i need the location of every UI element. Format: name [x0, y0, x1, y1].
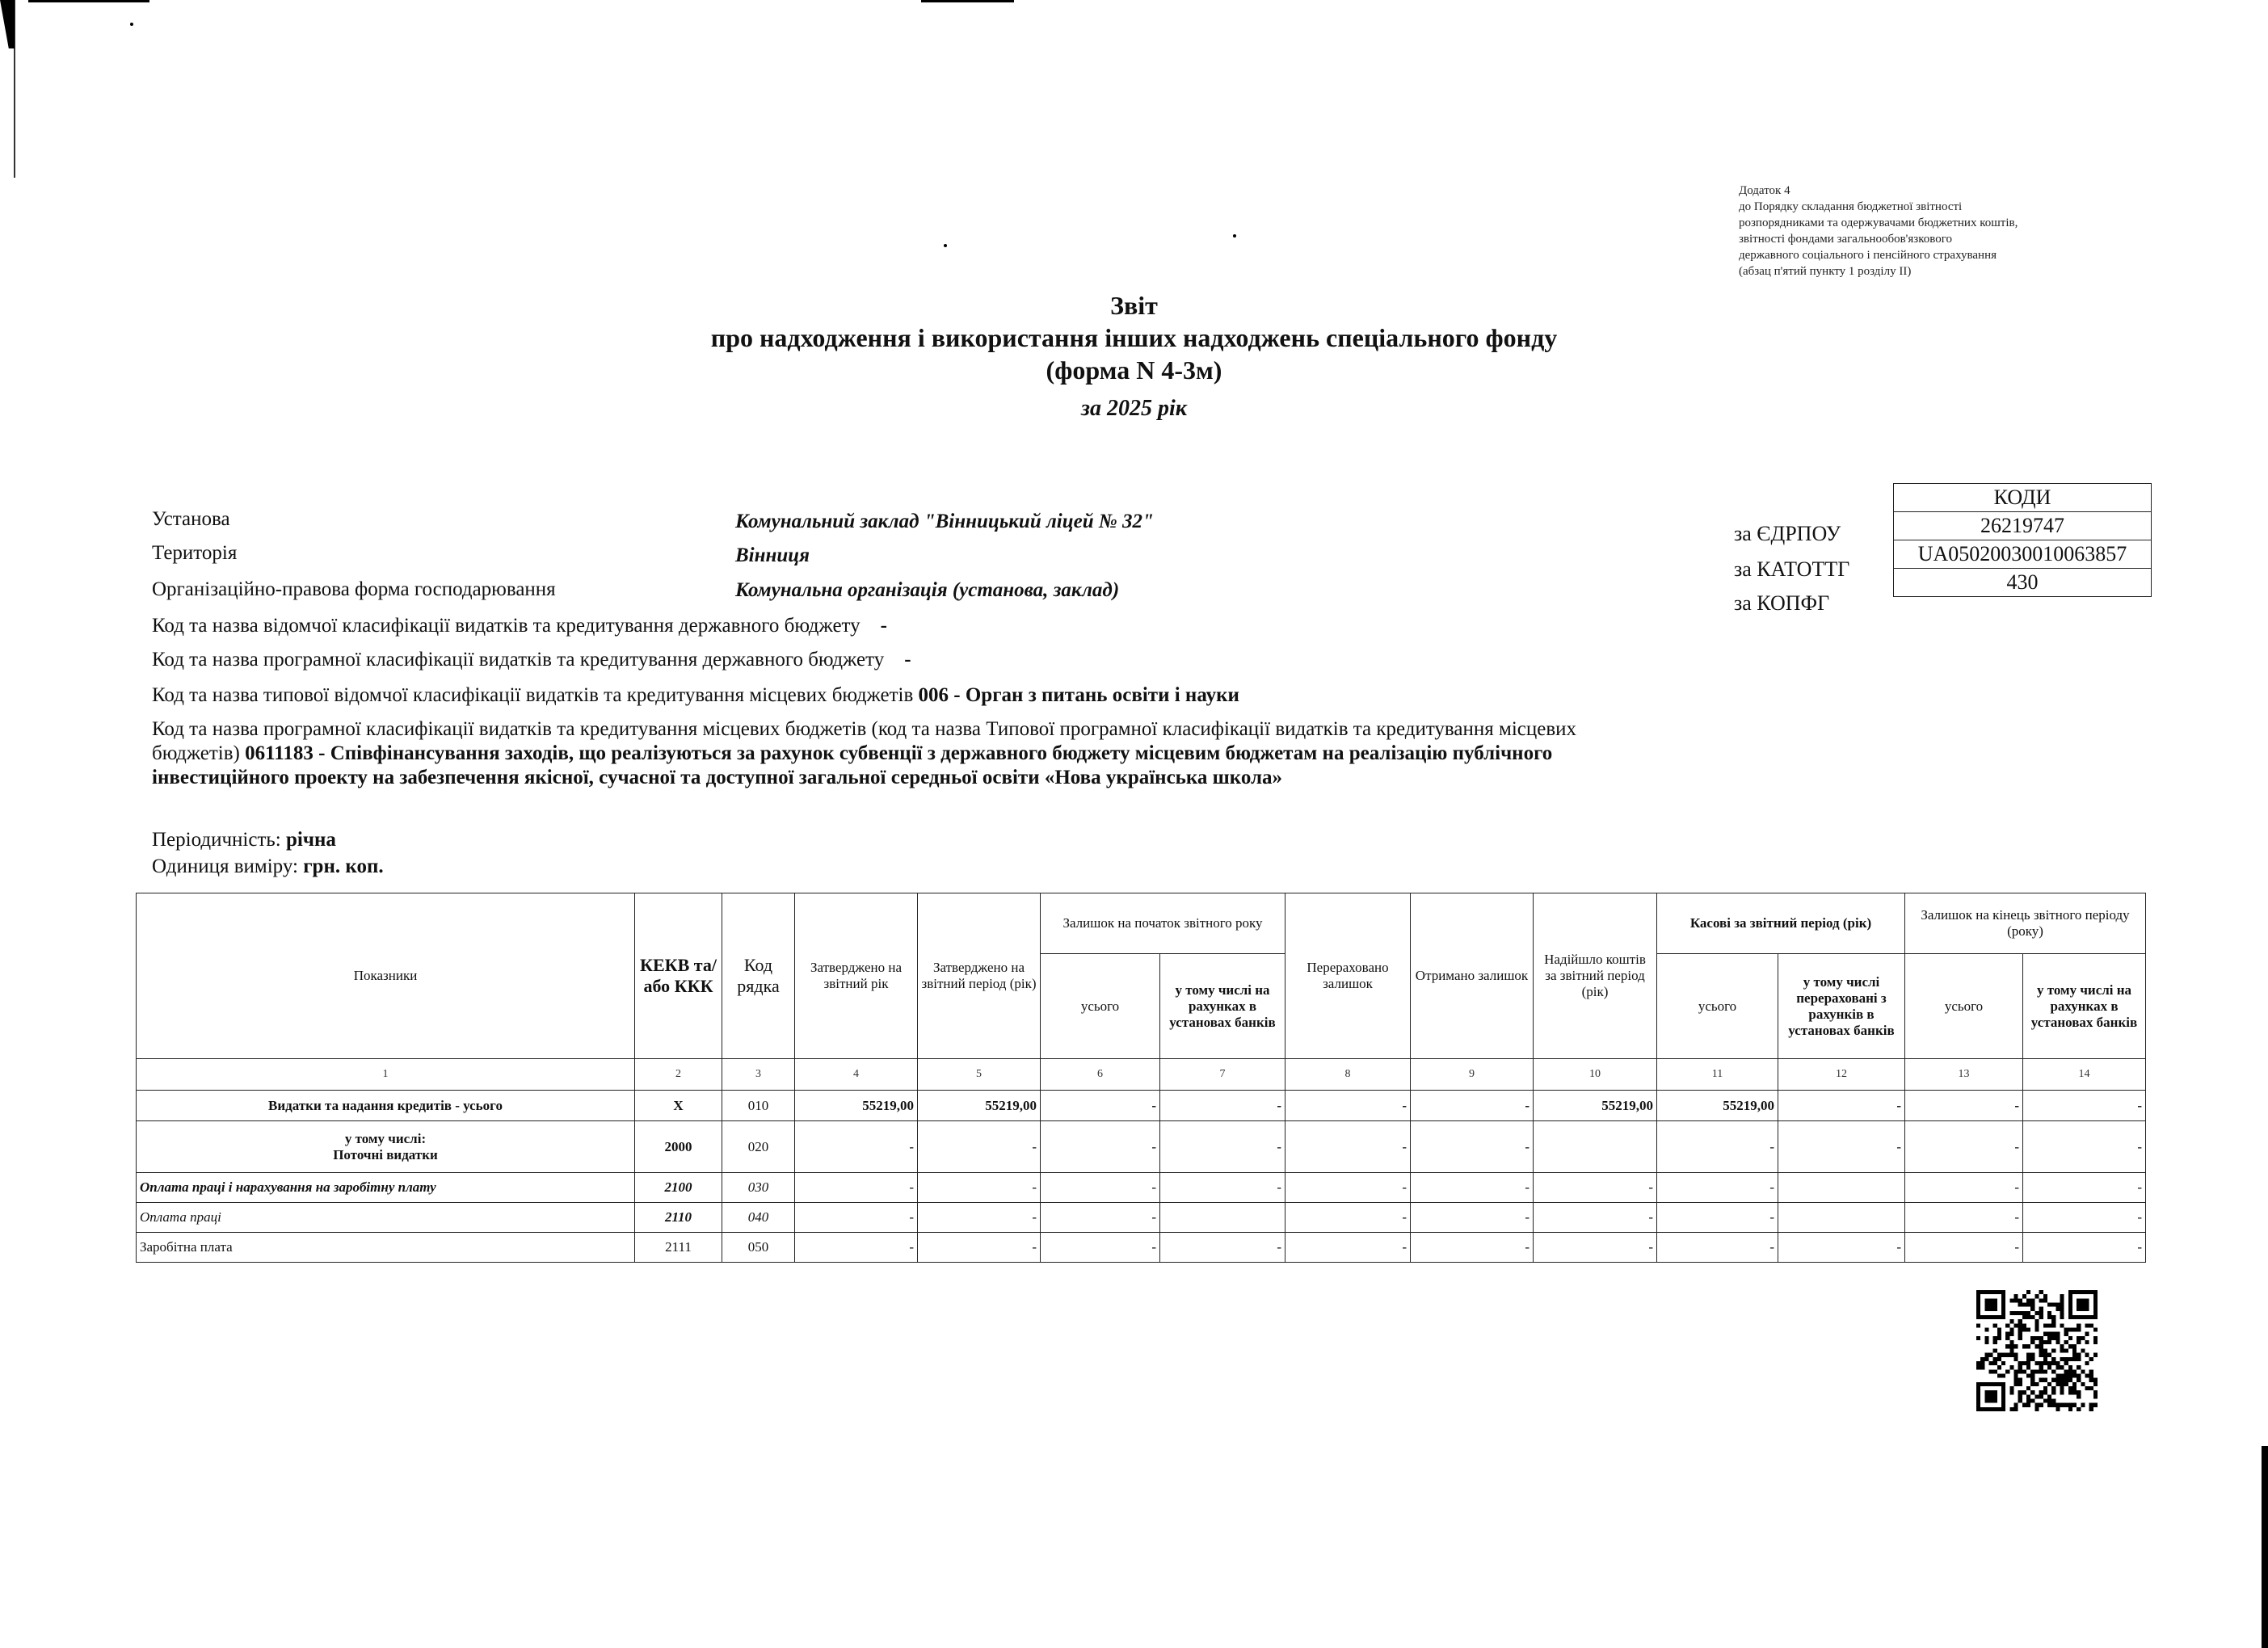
prog-class-state-value: -: [904, 649, 911, 671]
row-value: -: [1534, 1173, 1657, 1203]
row-value: [1160, 1203, 1285, 1233]
row-kekv: 2110: [635, 1203, 722, 1233]
title-line: Звіт: [0, 289, 2268, 322]
annex-line: державного соціального і пенсійного стра…: [1739, 247, 2018, 263]
column-number: 5: [918, 1059, 1041, 1091]
periodicity-label: Періодичність:: [152, 829, 281, 851]
row-value: -: [1285, 1121, 1411, 1173]
code-value-kopfg: 430: [1894, 569, 2152, 597]
table-row: Видатки та надання кредитів - усьогоX010…: [137, 1091, 2146, 1121]
codes-table: КОДИ 26219747 UA05020030010063857 430: [1893, 483, 2152, 597]
column-number: 14: [2023, 1059, 2146, 1091]
row-value: -: [1905, 1121, 2023, 1173]
row-value: -: [1411, 1173, 1534, 1203]
row-label: Заробітна плата: [137, 1233, 635, 1263]
header-start-banks: у тому числі на рахунках в установах бан…: [1160, 954, 1285, 1059]
row-label: Оплата праці і нарахування на заробітну …: [137, 1173, 635, 1203]
title-line: (форма N 4-3м): [0, 354, 2268, 386]
row-value: -: [1041, 1091, 1160, 1121]
code-label-katottg: за КАТОТТГ: [1734, 557, 1849, 582]
row-value: [1778, 1173, 1905, 1203]
row-value: -: [1411, 1203, 1534, 1233]
row-value: -: [1160, 1233, 1285, 1263]
periodicity: Періодичність: річна: [152, 828, 336, 852]
row-label: у тому числі:Поточні видатки: [137, 1121, 635, 1173]
typical-dept-class-label: Код та назва типової відомчої класифікац…: [152, 684, 913, 706]
row-value: -: [1657, 1173, 1778, 1203]
row-label-text: Поточні видатки: [140, 1147, 631, 1163]
scan-speck: [1233, 234, 1236, 238]
territory-value: Вінниця: [735, 544, 810, 567]
row-value: -: [795, 1233, 918, 1263]
column-number: 6: [1041, 1059, 1160, 1091]
column-number: 8: [1285, 1059, 1411, 1091]
dept-class-state-label: Код та назва відомчої класифікації видат…: [152, 615, 860, 637]
column-number: 1: [137, 1059, 635, 1091]
row-value: -: [1905, 1233, 2023, 1263]
row-kekv: 2000: [635, 1121, 722, 1173]
row-value: -: [795, 1173, 918, 1203]
dept-class-state-value: -: [881, 615, 887, 637]
annex-line: звітності фондами загальнообов'язкового: [1739, 231, 2018, 247]
row-value: -: [1778, 1091, 1905, 1121]
institution-label: Установа: [152, 507, 230, 532]
header-indicators: Показники: [137, 893, 635, 1059]
prog-class-local: Код та назва програмної класифікації вид…: [152, 717, 1655, 790]
org-form-value: Комунальна організація (установа, заклад…: [735, 579, 1119, 602]
annex-line: (абзац п'ятий пункту 1 розділу II): [1739, 263, 2018, 280]
row-code: 020: [722, 1121, 795, 1173]
row-value: -: [1778, 1233, 1905, 1263]
row-value: 55219,00: [1657, 1091, 1778, 1121]
code-label-kopfg: за КОПФГ: [1734, 591, 1829, 616]
header-income: Надійшло коштів за звітний період (рік): [1534, 893, 1657, 1059]
annex-line: до Порядку складання бюджетної звітності: [1739, 199, 2018, 215]
row-code: 040: [722, 1203, 795, 1233]
annex-line: Додаток 4: [1739, 183, 2018, 199]
periodicity-value: річна: [286, 829, 336, 851]
header-received: Отримано залишок: [1411, 893, 1534, 1059]
header-transferred: Перераховано залишок: [1285, 893, 1411, 1059]
row-value: -: [1160, 1091, 1285, 1121]
row-value: 55219,00: [795, 1091, 918, 1121]
row-value: -: [795, 1203, 918, 1233]
row-value: 55219,00: [1534, 1091, 1657, 1121]
codes-header: КОДИ: [1894, 484, 2152, 512]
header-cash-total: усього: [1657, 954, 1778, 1059]
annex-line: розпорядниками та одержувачами бюджетних…: [1739, 215, 2018, 231]
row-value: -: [1285, 1203, 1411, 1233]
row-value: -: [1041, 1233, 1160, 1263]
row-value: -: [2023, 1121, 2146, 1173]
row-label: Видатки та надання кредитів - усього: [137, 1091, 635, 1121]
table-row: Оплата праці2110040---------: [137, 1203, 2146, 1233]
scan-artifact: [14, 0, 15, 178]
org-form-label: Організаційно-правова форма господарюван…: [152, 578, 556, 602]
column-number: 7: [1160, 1059, 1285, 1091]
scan-artifact: [921, 0, 1014, 2]
scan-artifact: [0, 0, 15, 48]
header-end-banks: у тому числі на рахунках в установах бан…: [2023, 954, 2146, 1059]
scan-speck: [944, 244, 947, 247]
row-value: -: [1534, 1233, 1657, 1263]
row-value: -: [1411, 1233, 1534, 1263]
row-value: -: [795, 1121, 918, 1173]
column-numbers-row: 1234567891011121314: [137, 1059, 2146, 1091]
row-value: -: [918, 1173, 1041, 1203]
typical-dept-class-local: Код та назва типової відомчої класифікац…: [152, 683, 1239, 708]
row-value: -: [918, 1121, 1041, 1173]
row-label: Оплата праці: [137, 1203, 635, 1233]
qr-code-icon: [1976, 1290, 2098, 1411]
row-value: -: [1285, 1091, 1411, 1121]
row-value: [1534, 1121, 1657, 1173]
header-end-balance: Залишок на кінець звітного періоду (року…: [1905, 893, 2146, 954]
row-kekv: 2100: [635, 1173, 722, 1203]
row-value: -: [918, 1203, 1041, 1233]
report-table: Показники КЕКВ та/або ККК Код рядка Затв…: [136, 893, 2146, 1263]
prog-class-state-label: Код та назва програмної класифікації вид…: [152, 649, 884, 671]
row-value: -: [1160, 1121, 1285, 1173]
column-number: 4: [795, 1059, 918, 1091]
row-value: -: [2023, 1203, 2146, 1233]
column-number: 12: [1778, 1059, 1905, 1091]
row-value: -: [2023, 1173, 2146, 1203]
row-value: -: [1041, 1203, 1160, 1233]
prog-class-local-value: 0611183 - Співфінансування заходів, що р…: [152, 742, 1552, 788]
row-code: 050: [722, 1233, 795, 1263]
header-approved-year: Затверджено на звітний рік: [795, 893, 918, 1059]
unit: Одиниця виміру: грн. коп.: [152, 855, 384, 879]
column-number: 3: [722, 1059, 795, 1091]
row-value: -: [2023, 1091, 2146, 1121]
row-value: -: [1905, 1173, 2023, 1203]
unit-value: грн. коп.: [303, 856, 383, 877]
annex-note: Додаток 4 до Порядку складання бюджетної…: [1739, 183, 2018, 280]
header-cash: Касові за звітний період (рік): [1657, 893, 1905, 954]
report-title: Звіт про надходження і використання інши…: [0, 289, 2268, 425]
code-label-edrpou: за ЄДРПОУ: [1734, 522, 1841, 546]
row-value: -: [1411, 1121, 1534, 1173]
column-number: 13: [1905, 1059, 2023, 1091]
typical-dept-class-value: 006 - Орган з питань освіти і науки: [919, 684, 1239, 706]
row-value: 55219,00: [918, 1091, 1041, 1121]
header-start-total: усього: [1041, 954, 1160, 1059]
header-approved-period: Затверджено на звітний період (рік): [918, 893, 1041, 1059]
column-number: 2: [635, 1059, 722, 1091]
row-value: -: [1657, 1121, 1778, 1173]
row-value: -: [1905, 1091, 2023, 1121]
code-value-edrpou: 26219747: [1894, 512, 2152, 540]
row-value: -: [1905, 1203, 2023, 1233]
header-row-code: Код рядка: [722, 893, 795, 1059]
column-number: 10: [1534, 1059, 1657, 1091]
row-code: 030: [722, 1173, 795, 1203]
prog-class-state: Код та назва програмної класифікації вид…: [152, 648, 911, 672]
row-value: [1778, 1203, 1905, 1233]
row-value: -: [1657, 1203, 1778, 1233]
header-start-balance: Залишок на початок звітного року: [1041, 893, 1285, 954]
scan-artifact: [2262, 1446, 2268, 1648]
unit-label: Одиниця виміру:: [152, 856, 298, 877]
row-value: -: [1778, 1121, 1905, 1173]
dept-class-state: Код та назва відомчої класифікації видат…: [152, 614, 887, 638]
row-value: -: [1285, 1233, 1411, 1263]
table-row: у тому числі:Поточні видатки2000020-----…: [137, 1121, 2146, 1173]
table-row: Заробітна плата2111050-----------: [137, 1233, 2146, 1263]
row-value: -: [1411, 1091, 1534, 1121]
institution-value: Комунальний заклад "Вінницький ліцей № 3…: [735, 511, 1154, 533]
row-value: -: [1534, 1203, 1657, 1233]
header-kekv: КЕКВ та/або ККК: [635, 893, 722, 1059]
report-period: за 2025 рік: [0, 393, 2268, 425]
row-value: -: [918, 1233, 1041, 1263]
row-value: -: [2023, 1233, 2146, 1263]
code-value-katottg: UA05020030010063857: [1894, 540, 2152, 569]
row-label-prefix: у тому числі:: [140, 1131, 631, 1147]
scan-speck: [130, 23, 133, 26]
scan-artifact: [28, 0, 149, 2]
row-value: -: [1160, 1173, 1285, 1203]
header-cash-banks: у тому числі перераховані з рахунків в у…: [1778, 954, 1905, 1059]
column-number: 9: [1411, 1059, 1534, 1091]
row-value: -: [1657, 1233, 1778, 1263]
territory-label: Територія: [152, 541, 237, 565]
title-line: про надходження і використання інших над…: [0, 322, 2268, 354]
header-end-total: усього: [1905, 954, 2023, 1059]
row-kekv: 2111: [635, 1233, 722, 1263]
column-number: 11: [1657, 1059, 1778, 1091]
row-value: -: [1285, 1173, 1411, 1203]
row-code: 010: [722, 1091, 795, 1121]
row-value: -: [1041, 1173, 1160, 1203]
row-kekv: X: [635, 1091, 722, 1121]
row-value: -: [1041, 1121, 1160, 1173]
table-row: Оплата праці і нарахування на заробітну …: [137, 1173, 2146, 1203]
